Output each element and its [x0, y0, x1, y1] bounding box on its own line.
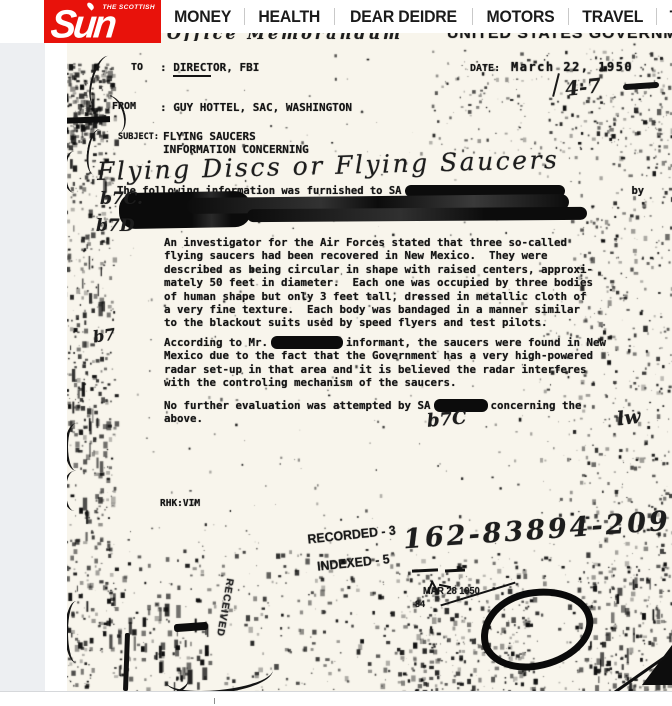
logo-name: Sun [49, 3, 116, 48]
scan-arc [67, 471, 82, 511]
masthead-office-memorandum: Office Memorandum [167, 33, 403, 41]
margin-note-b7c: b7C. [100, 189, 143, 209]
nav-divider [472, 8, 473, 25]
date-handwritten-note: 4-7 [564, 73, 602, 101]
director-underline [173, 75, 211, 77]
margin-note-lw: lw [616, 406, 642, 431]
date-value: March 22, 1950 [511, 60, 633, 74]
paragraph-line: An investigator for the Air Forces state… [164, 236, 593, 249]
page-left-gutter [0, 43, 45, 691]
page: Office Memorandum UNITED STATES GOVERNME… [0, 0, 672, 706]
scan-arc [67, 601, 84, 663]
to-value: : DIRECTOR, FBI [160, 61, 259, 74]
scan-arc [67, 423, 84, 471]
nav-divider [244, 8, 245, 25]
margin-note-b7: b7 [92, 325, 117, 347]
scan-arc [67, 151, 82, 193]
to-label: TO [131, 62, 143, 73]
image-bottom-divider [0, 691, 672, 692]
nav-item-health[interactable]: HEALTH [248, 7, 330, 27]
margin-note-b7c-bottom: b7C [426, 407, 467, 431]
fbi-memo-scan: Office Memorandum UNITED STATES GOVERNME… [67, 33, 672, 691]
caption-tick [214, 698, 215, 704]
paragraph-line: According to Mr. [164, 336, 268, 349]
paragraph-line: Mexico due to the fact that the Governme… [164, 349, 606, 362]
paragraph-line: No further evaluation was attempted by S… [164, 399, 431, 412]
paragraph-line: to the blackout suits used by speed flye… [164, 316, 593, 329]
paragraph-line: described as being circular in shape wit… [164, 263, 593, 276]
paragraph-line: with the controling mechanism of the sau… [164, 376, 606, 389]
nav-item-money[interactable]: MONEY [164, 7, 242, 27]
main-navigation: MONEY HEALTH DEAR DEIDRE MOTORS TRAVEL T… [160, 0, 672, 33]
paragraph-line: informant, the saucers were found in New [346, 336, 606, 349]
date-label: DATE: [470, 63, 500, 74]
nav-item-travel[interactable]: TRAVEL [572, 7, 653, 27]
stamp-number: 84 [415, 599, 425, 609]
subject-value-line1: FLYING SAUCERS [163, 130, 256, 143]
paragraph-line: above. [164, 412, 582, 425]
intro-by: by [631, 185, 644, 197]
paragraph-line: a very fine texture. Each body was banda… [164, 303, 593, 316]
redaction-bar [247, 207, 587, 222]
nav-item-dear-deidre[interactable]: DEAR DEIDRE [340, 7, 467, 27]
from-value: : GUY HOTTEL, SAC, WASHINGTON [160, 101, 352, 114]
nav-divider [334, 8, 335, 25]
nav-divider [568, 8, 569, 25]
nav-item-tech[interactable]: TECH [660, 7, 672, 27]
paragraph-line: of human shape but only 3 feet tall, dre… [164, 290, 593, 303]
memo-masthead: Office Memorandum UNITED STATES GOVERNME… [167, 33, 672, 41]
paragraph-line: radar set-up in that area and it is beli… [164, 363, 606, 376]
paragraph-line: concerning the [491, 399, 582, 412]
masthead-us-government: UNITED STATES GOVERNMENT [447, 33, 672, 41]
nav-divider [656, 8, 657, 25]
paragraph-line: mately 50 feet in diameter. Each one was… [164, 276, 593, 289]
typist-initials: RHK:VIM [160, 498, 200, 509]
margin-note-b7d: b7D [96, 216, 134, 236]
nav-item-motors[interactable]: MOTORS [476, 7, 564, 27]
redaction-bar [271, 336, 343, 349]
paragraph-line: flying saucers had been recovered in New… [164, 249, 593, 262]
article-document-image: Office Memorandum UNITED STATES GOVERNME… [45, 33, 672, 691]
sun-logo[interactable]: THE SCOTTISH Sun [44, 0, 161, 43]
subject-label: SUBJECT: [118, 132, 159, 142]
ink-triangle [642, 645, 672, 685]
